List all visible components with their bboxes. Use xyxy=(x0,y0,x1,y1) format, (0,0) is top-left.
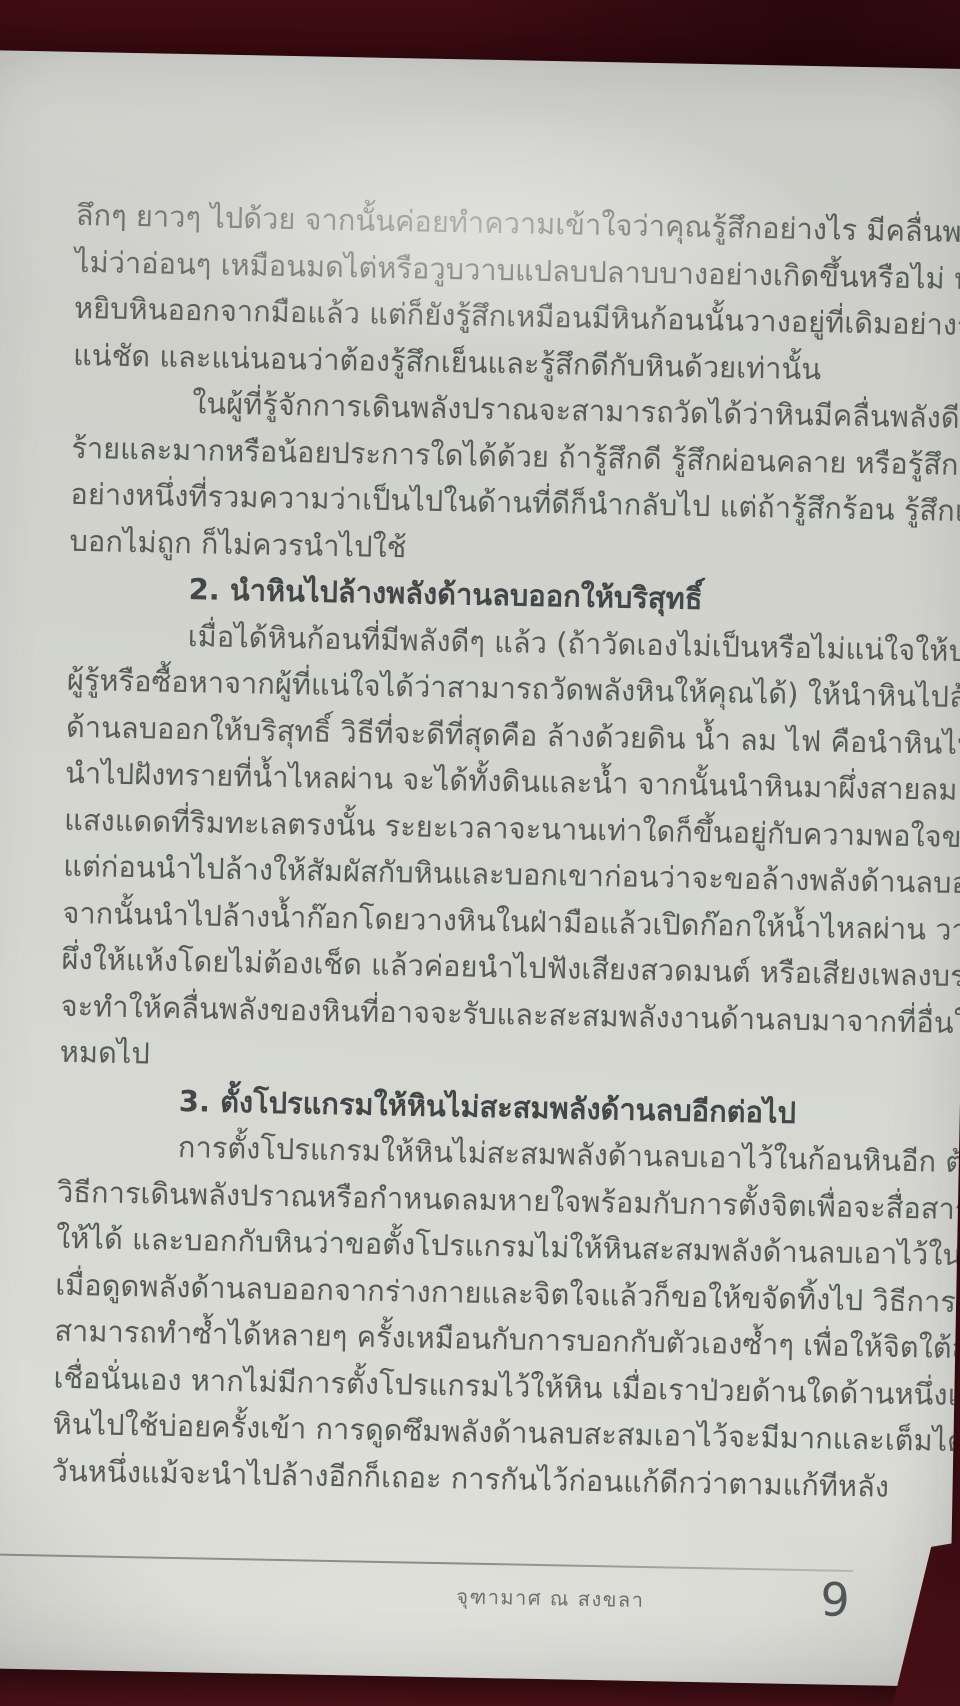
book-page: ลึกๆ ยาวๆ ไปด้วย จากนั้นค่อยทำความเข้าใจ… xyxy=(0,50,960,1687)
footer-divider xyxy=(0,1554,853,1572)
photo-background: ลึกๆ ยาวๆ ไปด้วย จากนั้นค่อยทำความเข้าใจ… xyxy=(0,0,960,1706)
footer-author: จุฑามาศ ณ สงขลา xyxy=(456,1580,645,1616)
page-number: 9 xyxy=(820,1572,850,1627)
body-text: ลึกๆ ยาวๆ ไปด้วย จากนั้นค่อยทำความเข้าใจ… xyxy=(51,192,921,1510)
